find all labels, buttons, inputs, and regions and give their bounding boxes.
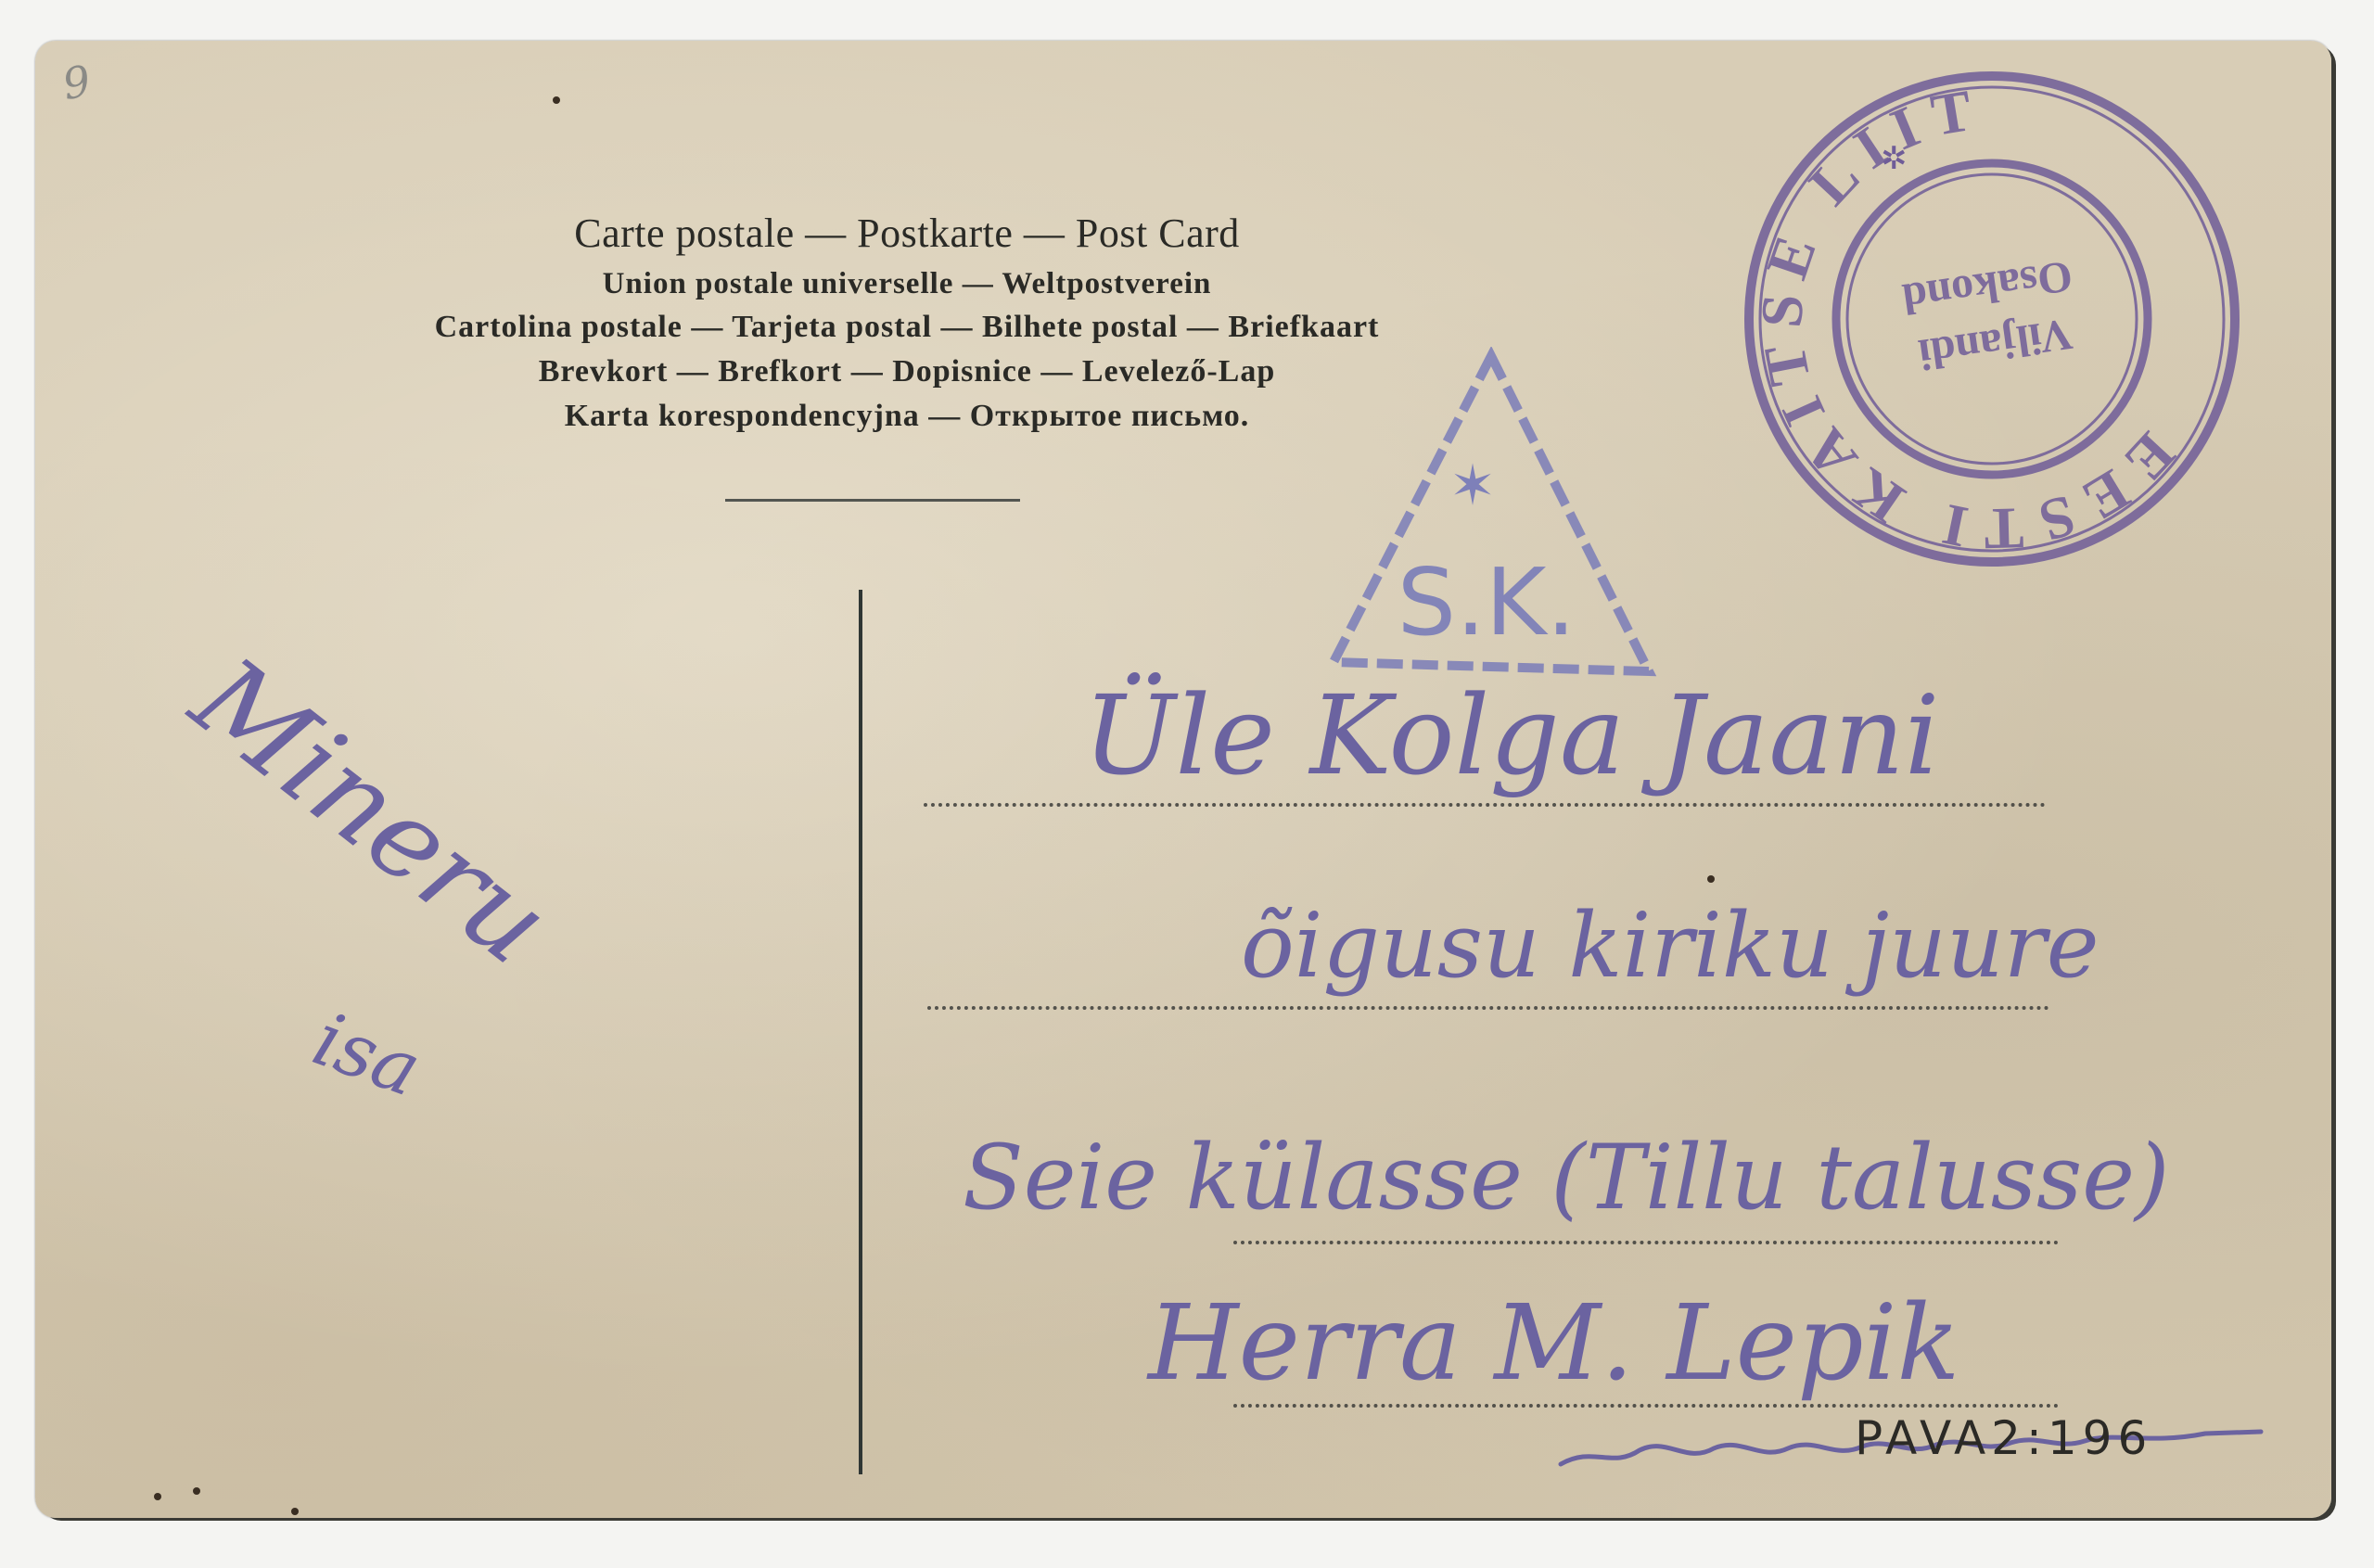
paper-spot (193, 1487, 200, 1495)
handwritten-note-line1: Mineru (169, 634, 573, 989)
header-underline (725, 499, 1020, 502)
stamp-outer-text: EESTI KAITSE LIIT (1732, 59, 2252, 579)
paper-spot (553, 96, 560, 104)
triangle-star-icon: ✶ (1449, 455, 1496, 516)
header-line-upu: Union postale universelle — Weltpostvere… (35, 267, 1779, 301)
svg-text:EESTI KAITSE LIIT: EESTI KAITSE LIIT (1732, 59, 2252, 579)
address-line-2 (927, 1006, 2049, 1010)
header-line-languages-1: Cartolina postale — Tarjeta postal — Bil… (35, 310, 1779, 345)
paper-spot (291, 1508, 299, 1515)
address-handwriting-4: Herra M. Lepik (1148, 1283, 1959, 1404)
handwritten-note-line2: isa (302, 996, 431, 1113)
address-handwriting-1: Üle Kolga Jaani (1083, 671, 1939, 799)
header-line-main: Carte postale — Postkarte — Post Card (35, 210, 1779, 257)
address-line-3 (1233, 1241, 2059, 1244)
paper-spot (154, 1493, 161, 1500)
kaitseliit-circular-stamp: EESTI KAITSE LIIT ✲ Viljandi Osakond (1732, 59, 2252, 579)
address-handwriting-2: õigusu kiriku juure (1241, 894, 2100, 998)
triangle-stamp-text: S.K. (1398, 548, 1576, 657)
archive-number: PAVA2:196 (1855, 1411, 2152, 1465)
address-line-1 (924, 803, 2046, 807)
message-address-divider (859, 590, 862, 1474)
address-line-4 (1233, 1404, 2059, 1408)
stamp-star-icon: ✲ (1881, 142, 1908, 176)
postcard: 9 Carte postale — Postkarte — Post Card … (35, 41, 2331, 1518)
pencil-corner-mark: 9 (59, 56, 95, 109)
sk-triangle-stamp: ✶ S.K. (1278, 347, 1667, 699)
address-handwriting-3: Seie külasse (Tillu talusse) (963, 1126, 2169, 1230)
paper-spot (1707, 875, 1715, 883)
